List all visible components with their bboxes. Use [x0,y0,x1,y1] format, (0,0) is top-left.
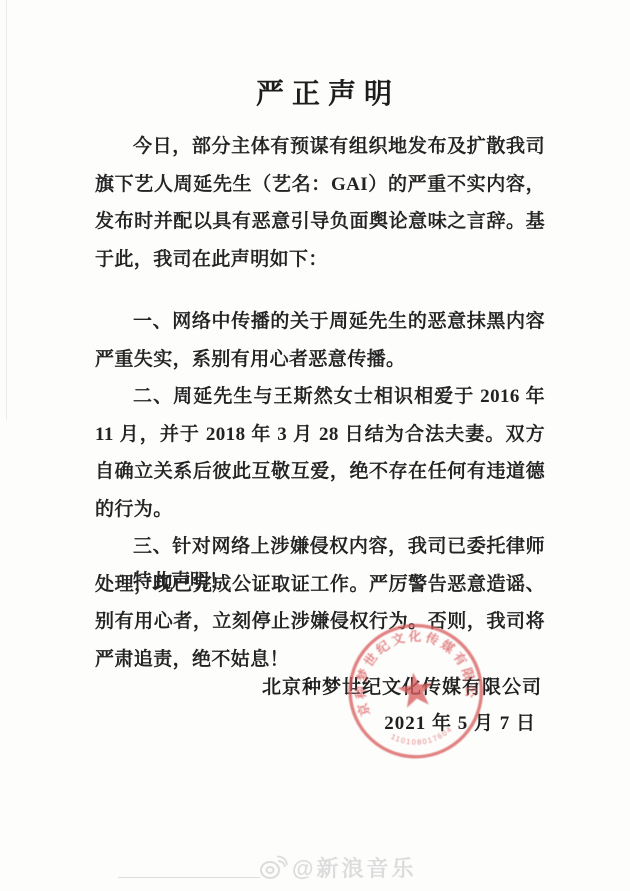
paragraph-point-2: 二、周延先生与王斯然女士相识相爱于 2016 年 11 月，并于 2018 年 … [95,378,545,528]
seal-serial-number: 110108017604 [388,724,455,751]
company-seal-stamp: 北京种梦世纪文化传媒有限公司 110108017604 [338,618,494,768]
paragraph-intro: 今日，部分主体有预谋有组织地发布及扩散我司旗下艺人周延先生（艺名：GAI）的严重… [95,128,545,278]
svg-text:110108017604: 110108017604 [388,724,455,751]
closing-line: 特此声明！ [95,566,545,593]
watermark-underline [118,877,260,878]
scan-edge-artifact [6,0,7,420]
seal-star-icon [395,670,435,709]
weibo-icon [258,853,288,881]
watermark: @新浪音乐 [0,850,630,886]
page-title: 严正声明 [0,72,630,112]
paragraph-point-1: 一、网络中传播的关于周延先生的恶意抹黑内容严重失实，系别有用心者恶意传播。 [95,303,545,378]
statement-body: 今日，部分主体有预谋有组织地发布及扩散我司旗下艺人周延先生（艺名：GAI）的严重… [95,128,545,678]
watermark-text: @新浪音乐 [292,852,416,883]
